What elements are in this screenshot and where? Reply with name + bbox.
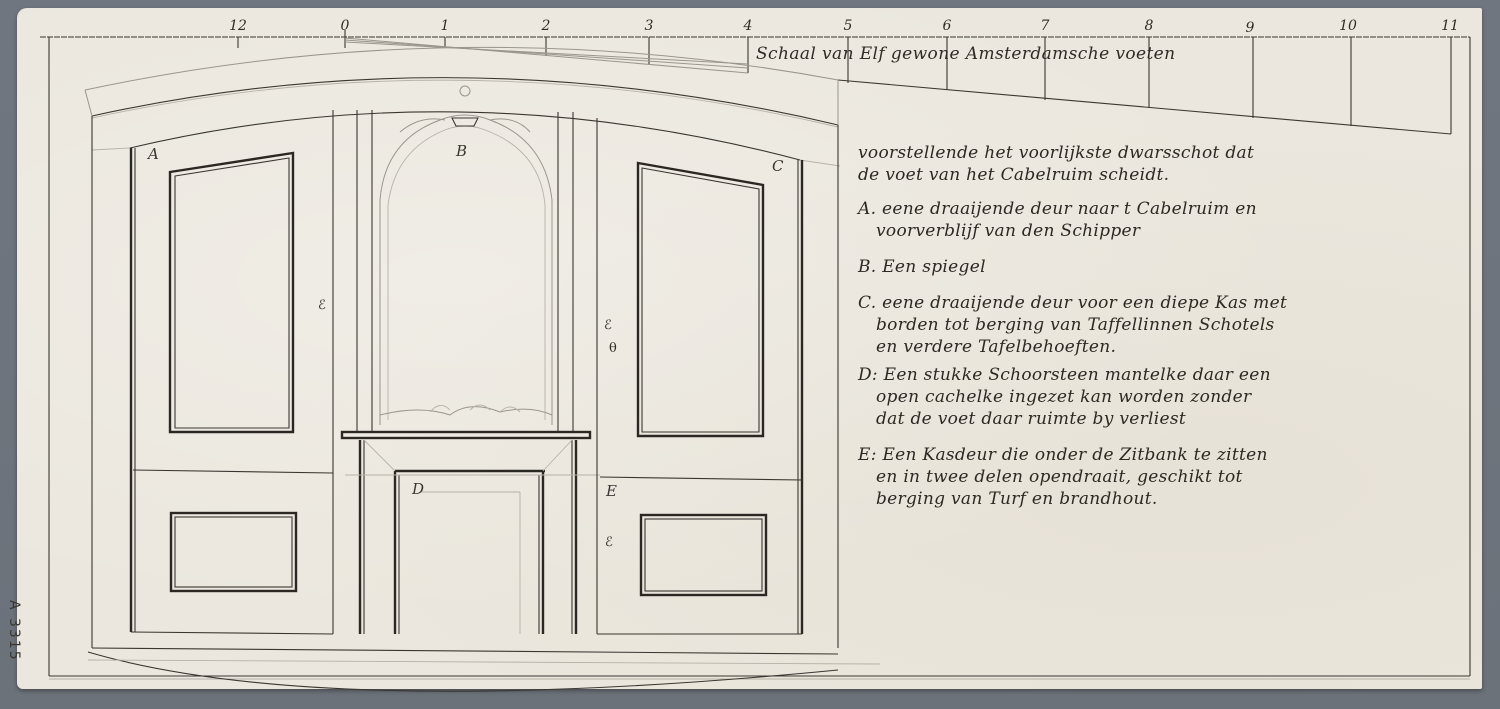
scale-tick-8: 8: [1145, 18, 1154, 34]
hinge-icon: ℰ: [318, 298, 326, 313]
label-a: A: [148, 145, 159, 163]
label-b: B: [456, 142, 467, 160]
scale-tick-5: 5: [844, 18, 853, 34]
legend-entry-b: B. Een spiegel: [858, 256, 1458, 278]
wall-posts: [88, 116, 880, 691]
legend-line: dat de voet daar ruimte by verliest: [858, 408, 1458, 430]
keyhole-icon: θ: [609, 341, 617, 356]
legend-entry-c: C. eene draaijende deur voor een diepe K…: [858, 292, 1458, 358]
scale-tick-6: 6: [943, 18, 952, 34]
door-c: [597, 118, 802, 634]
scale-tick-9: 9: [1246, 20, 1255, 36]
scale-tick-10: 10: [1339, 18, 1357, 34]
legend-intro: voorstellende het voorlijkste dwarsschot…: [858, 142, 1458, 186]
catalog-number: A 3315: [6, 600, 22, 662]
scale-tick-1: 1: [441, 18, 450, 34]
mirror-b: [357, 86, 573, 432]
legend-entry-e: E: Een Kasdeur die onder de Zitbank te z…: [858, 444, 1458, 510]
scale-tick-11: 11: [1441, 18, 1459, 34]
legend-line: B. Een spiegel: [858, 256, 1458, 278]
viewer-stage: 12 0 1 2 3 4 5 6 7 8 9 10 11 Schaal van …: [0, 0, 1500, 709]
scale-tick-2: 2: [542, 18, 551, 34]
legend-entry-a: A. eene draaijende deur naar t Cabelruim…: [858, 198, 1458, 242]
legend-entry-d: D: Een stukke Schoorsteen mantelke daar …: [858, 364, 1458, 430]
legend-intro-line: de voet van het Cabelruim scheidt.: [858, 164, 1458, 186]
scale-tick-12: 12: [229, 18, 247, 34]
legend-line: borden tot berging van Taffellinnen Scho…: [858, 314, 1458, 336]
legend-line: E: Een Kasdeur die onder de Zitbank te z…: [858, 444, 1458, 466]
hinge-icon: ℰ: [605, 535, 613, 550]
hinge-icon: ℰ: [604, 318, 612, 333]
legend-line: C. eene draaijende deur voor een diepe K…: [858, 292, 1458, 314]
scale-title: Schaal van Elf gewone Amsterdamsche voet…: [756, 44, 1175, 64]
label-d: D: [412, 480, 424, 498]
legend-intro-line: voorstellende het voorlijkste dwarsschot…: [858, 142, 1458, 164]
legend-line: D: Een stukke Schoorsteen mantelke daar …: [858, 364, 1458, 386]
door-a: [131, 110, 333, 634]
legend-line: voorverblijf van den Schipper: [858, 220, 1458, 242]
legend-line: en verdere Tafelbehoeften.: [858, 336, 1458, 358]
mantelpiece-d: [342, 432, 600, 634]
label-e: E: [606, 482, 617, 500]
legend-line: A. eene draaijende deur naar t Cabelruim…: [858, 198, 1458, 220]
scale-tick-0: 0: [341, 18, 350, 34]
scale-tick-4: 4: [744, 18, 753, 34]
legend: voorstellende het voorlijkste dwarsschot…: [858, 142, 1458, 524]
label-c: C: [772, 157, 783, 175]
legend-line: en in twee delen opendraait, geschikt to…: [858, 466, 1458, 488]
legend-line: berging van Turf en brandhout.: [858, 488, 1458, 510]
legend-line: open cachelke ingezet kan worden zonder: [858, 386, 1458, 408]
scale-tick-3: 3: [645, 18, 654, 34]
scale-tick-7: 7: [1041, 18, 1050, 34]
